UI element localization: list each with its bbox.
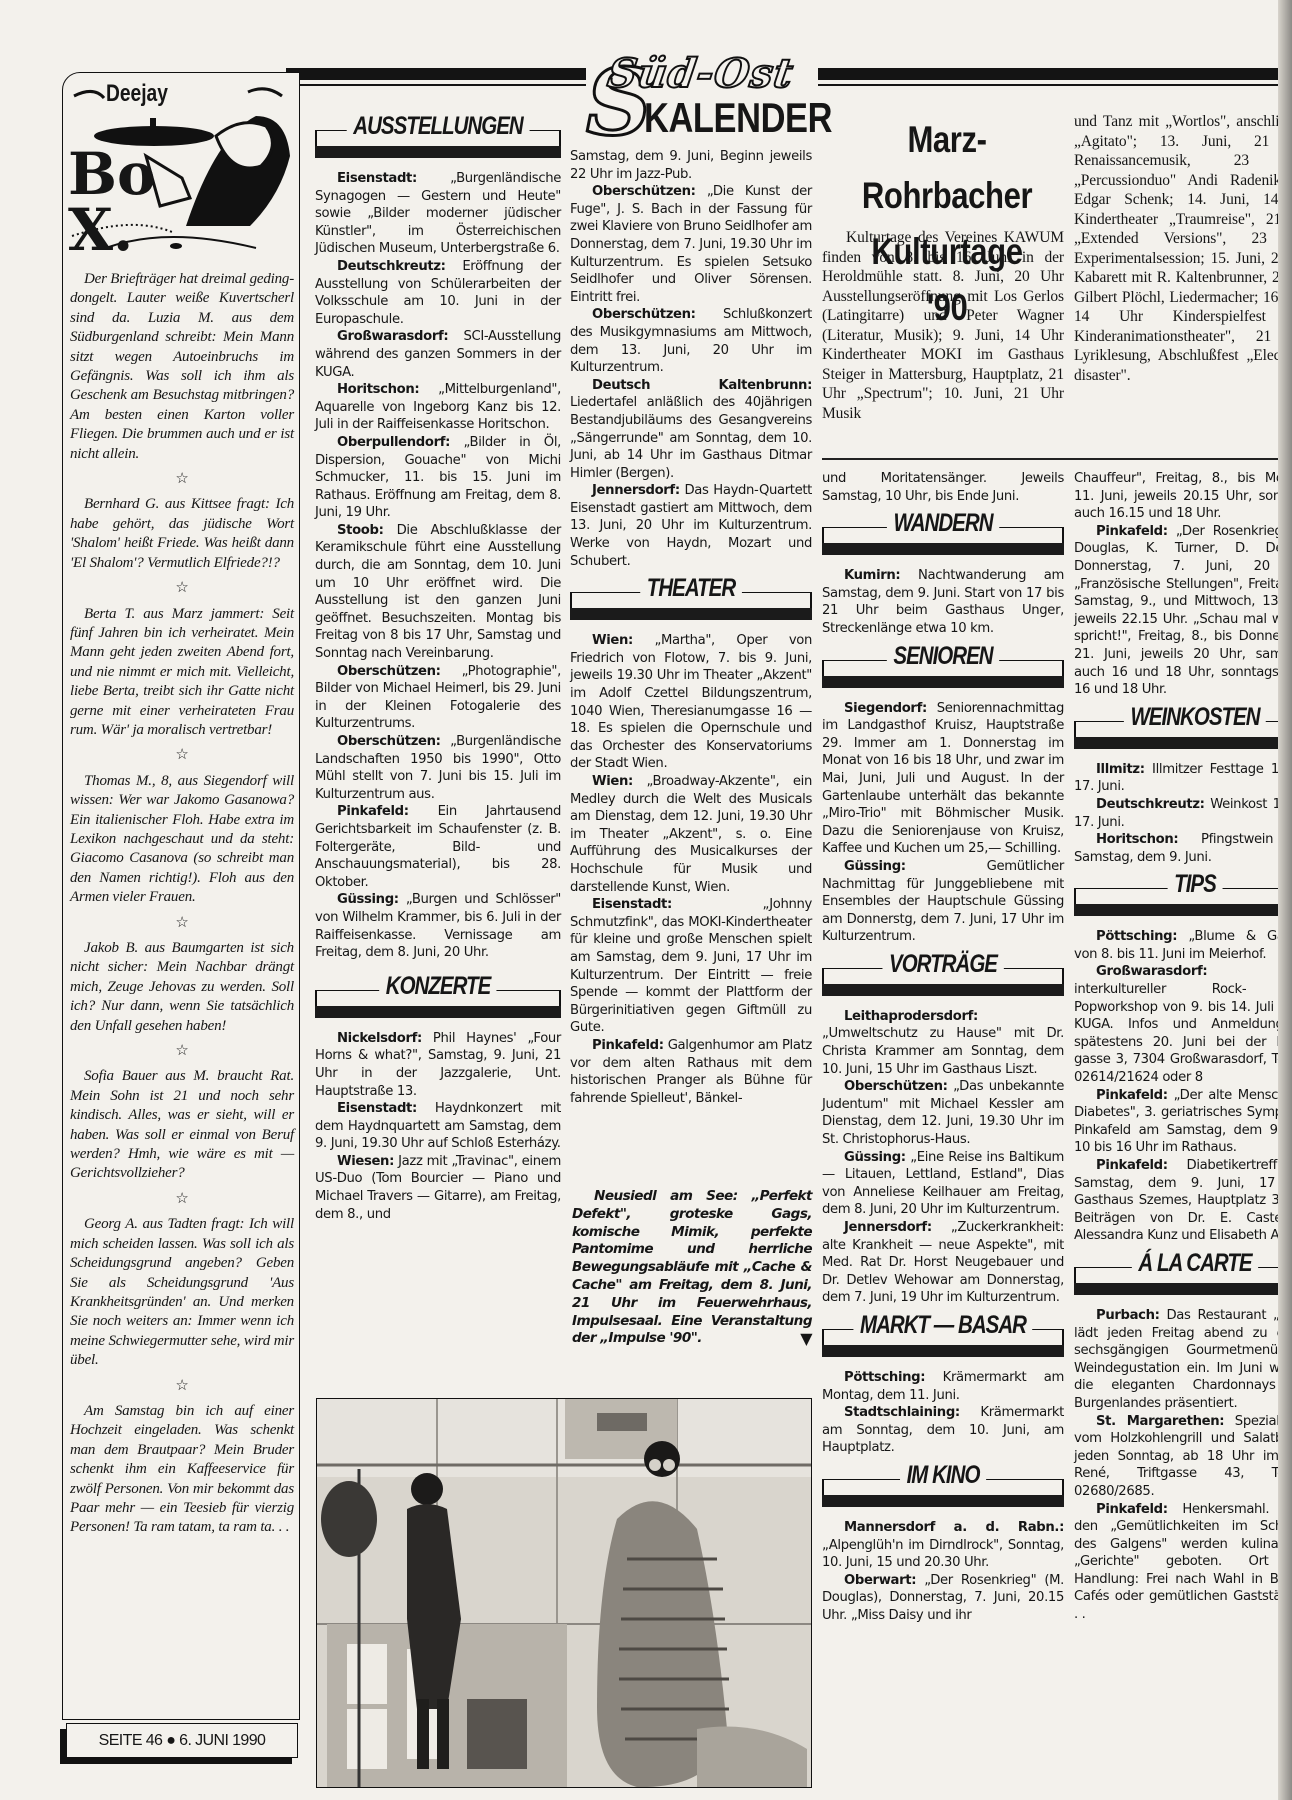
section-title: THEATER bbox=[640, 580, 742, 598]
star-icon: ☆ bbox=[70, 579, 294, 598]
listing: Großwarasdorf: Erster interkultureller R… bbox=[1074, 963, 1292, 1086]
section-header-wandern: WANDERN bbox=[822, 517, 1064, 555]
listing: Oberschützen: „Photographie", Bilder von… bbox=[315, 663, 561, 733]
feature-body-part2: und Tanz mit „Wortlos", anschließend „Ag… bbox=[1074, 112, 1292, 385]
listing-continuation: Chauffeur", Freitag, 8., bis Montag, 11.… bbox=[1074, 470, 1292, 523]
section-header-tips: TIPS bbox=[1074, 878, 1292, 916]
column-right-clipped: und Tanz mit „Wortlos", anschließend „Ag… bbox=[1072, 0, 1292, 1800]
listing: Oberschützen: Schlußkonzert des Musikgym… bbox=[570, 306, 812, 376]
section-title: IM KINO bbox=[900, 1467, 986, 1485]
box-label-x: X. bbox=[68, 200, 133, 260]
listing: Güssing: „Burgen und Schlösser" von Wilh… bbox=[315, 891, 561, 961]
star-icon: ☆ bbox=[70, 470, 294, 489]
column-ausstellungen-konzerte: AUSSTELLUNGEN Eisenstadt: „Burgenländisc… bbox=[315, 108, 561, 1223]
listing: Deutsch Kaltenbrunn: Liedertafel anläßli… bbox=[570, 377, 812, 483]
listing: Großwarasdorf: SCI-Ausstellung während d… bbox=[315, 328, 561, 381]
listing: Eisenstadt: „Johnny Schmutzfink", das MO… bbox=[570, 896, 812, 1037]
listing: Oberschützen: „Das unbekannte Judentum" … bbox=[822, 1078, 1064, 1148]
column-konzerte-theater: Samstag, dem 9. Juni, Beginn jeweils 22 … bbox=[570, 148, 812, 1107]
listing: Eisenstadt: „Burgenländische Synagogen —… bbox=[315, 170, 561, 258]
listing: Illmitz: Illmitzer Festtage 13. bis 17. … bbox=[1074, 761, 1292, 796]
listing: Wien: „Broadway-Akzente", ein Medley dur… bbox=[570, 773, 812, 896]
listing: Pinkafeld: „Der Rosenkrieg" (M. Douglas,… bbox=[1074, 523, 1292, 699]
listing: Deutschkreutz: Weinkost 13. bis 17. Juni… bbox=[1074, 796, 1292, 831]
column-wandern-kino: und Moritatensänger. Jeweils Samstag, 10… bbox=[822, 470, 1064, 1625]
listing: Güssing: Gemütlicher Nachmittag für Jung… bbox=[822, 858, 1064, 946]
masthead-rule bbox=[286, 68, 586, 80]
listing: Pinkafeld: Ein Jahrtausend Gerichtsbarke… bbox=[315, 803, 561, 891]
listing: Deutschkreutz: Eröffnung der Ausstellung… bbox=[315, 258, 561, 328]
listing: Güssing: „Eine Reise ins Baltikum — Lita… bbox=[822, 1149, 1064, 1219]
listing: Pöttsching: Krämermarkt am Montag, dem 1… bbox=[822, 1369, 1064, 1404]
section-header-a-la-carte: Á LA CARTE bbox=[1074, 1257, 1292, 1295]
logo-sued-ost: Süd-Ost bbox=[605, 50, 797, 97]
bullet-icon: ● bbox=[166, 1732, 175, 1749]
letter: Der Briefträger hat dreimal geding-donge… bbox=[70, 270, 294, 464]
column-kino-tips-carte: Chauffeur", Freitag, 8., bis Montag, 11.… bbox=[1074, 470, 1292, 1624]
star-icon: ☆ bbox=[70, 746, 294, 765]
listing: Oberschützen: „Burgenländische Landschaf… bbox=[315, 733, 561, 803]
star-icon: ☆ bbox=[70, 1377, 294, 1396]
section-title: AUSSTELLUNGEN bbox=[347, 118, 530, 136]
feature-body-part1: Kulturtage des Vereines KAWUM finden von… bbox=[822, 228, 1064, 423]
section-header-kino: IM KINO bbox=[822, 1469, 1064, 1507]
listing: Pinkafeld: Galgenhumor am Platz vor dem … bbox=[570, 1037, 812, 1107]
issue-date: 6. JUNI 1990 bbox=[179, 1732, 265, 1749]
listing: Oberwart: „Der Rosenkrieg" (M. Douglas),… bbox=[822, 1572, 1064, 1625]
listing: Oberpullendorf: „Bilder in Öl, Dispersio… bbox=[315, 434, 561, 522]
section-title: TIPS bbox=[1168, 876, 1223, 894]
section-title: SENIOREN bbox=[887, 648, 999, 666]
listing: Pinkafeld: Henkersmahl. Nach den „Gemütl… bbox=[1074, 1501, 1292, 1624]
page-footer: SEITE 46 ● 6. JUNI 1990 bbox=[66, 1723, 298, 1758]
box-label-bo: Bo bbox=[68, 144, 156, 204]
masthead-thin-rule bbox=[300, 84, 586, 86]
section-title: MARKT — BASAR bbox=[853, 1317, 1032, 1335]
logo-kalender: KALENDER bbox=[644, 94, 832, 142]
listing: Leithaprodersdorf: „Umweltschutz zu Haus… bbox=[822, 1008, 1064, 1078]
page-binding-shadow bbox=[1278, 0, 1292, 1800]
listing: Pinkafeld: Diabetikertreff am Samstag, d… bbox=[1074, 1157, 1292, 1245]
listing: Siegendorf: Seniorennachmittag im Landga… bbox=[822, 700, 1064, 858]
section-header-markt: MARKT — BASAR bbox=[822, 1319, 1064, 1357]
listing: Jennersdorf: Das Haydn-Quartett Eisensta… bbox=[570, 482, 812, 570]
listing: Horitschon: Pfingstwein am Samstag, dem … bbox=[1074, 831, 1292, 866]
listing: Jennersdorf: „Zuckerkrankheit: alte Kran… bbox=[822, 1219, 1064, 1307]
letter: Georg A. aus Tadten fragt: Ich will mich… bbox=[70, 1215, 294, 1370]
star-icon: ☆ bbox=[70, 1042, 294, 1061]
deejay-box-letters: Der Briefträger hat dreimal geding-donge… bbox=[70, 270, 294, 1538]
listing: Stoob: Die Abschlußklasse der Keramiksch… bbox=[315, 522, 561, 663]
deejay-box-illustration: Deejay Bo X. bbox=[66, 76, 296, 262]
star-icon: ☆ bbox=[70, 1190, 294, 1209]
listing-continuation: Samstag, dem 9. Juni, Beginn jeweils 22 … bbox=[570, 148, 812, 183]
section-title: WANDERN bbox=[887, 515, 999, 533]
letter: Jakob B. aus Baumgarten ist sich nicht s… bbox=[70, 939, 294, 1036]
letter: Berta T. aus Marz jammert: Seit fünf Jah… bbox=[70, 605, 294, 741]
listing: Pöttsching: „Blume & Garten" von 8. bis … bbox=[1074, 928, 1292, 963]
listing: Nickelsdorf: Phil Haynes' „Four Horns & … bbox=[315, 1030, 561, 1100]
listing: St. Margarethen: Spezialitäten vom Holzk… bbox=[1074, 1413, 1292, 1501]
section-title: KONZERTE bbox=[379, 978, 497, 996]
section-title: VORTRÄGE bbox=[882, 956, 1003, 974]
letter: Am Samstag bin ich auf einer Hochzeit ei… bbox=[70, 1402, 294, 1538]
listing: Kumirn: Nachtwanderung am Samstag, dem 9… bbox=[822, 567, 1064, 637]
section-header-vortraege: VORTRÄGE bbox=[822, 958, 1064, 996]
star-icon: ☆ bbox=[70, 914, 294, 933]
listing: Eisenstadt: Haydnkonzert mit dem Haydnqu… bbox=[315, 1100, 561, 1153]
section-header-weinkosten: WEINKOSTEN bbox=[1074, 711, 1292, 749]
listing: Wiesen: Jazz mit „Travinac", einem US-Du… bbox=[315, 1153, 561, 1223]
listing: Mannersdorf a. d. Rabn.: „Alpenglüh'n im… bbox=[822, 1519, 1064, 1572]
listing: Oberschützen: „Die Kunst der Fuge", J. S… bbox=[570, 183, 812, 306]
listing: Horitschon: „Mittelburgenland", Aquarell… bbox=[315, 381, 561, 434]
listing-continuation: und Moritatensänger. Jeweils Samstag, 10… bbox=[822, 470, 1064, 505]
kalender-logo: S Süd-Ost KALENDER bbox=[586, 50, 818, 146]
section-header-theater: THEATER bbox=[570, 582, 812, 620]
photo-image bbox=[317, 1399, 811, 1787]
letter: Bernhard G. aus Kittsee fragt: Ich habe … bbox=[70, 495, 294, 573]
section-header-senioren: SENIOREN bbox=[822, 650, 1064, 688]
listing: Purbach: Das Restaurant „Spitz" lädt jed… bbox=[1074, 1307, 1292, 1413]
section-header-konzerte: KONZERTE bbox=[315, 980, 561, 1018]
section-title: Á LA CARTE bbox=[1132, 1255, 1258, 1273]
letter: Sofia Bauer aus M. braucht Rat. Mein Soh… bbox=[70, 1067, 294, 1183]
letter: Thomas M., 8, aus Siegendorf will wissen… bbox=[70, 772, 294, 908]
listing: Stadtschlaining: Krämermarkt am Sonntag,… bbox=[822, 1404, 1064, 1457]
deejay-label: Deejay bbox=[106, 80, 168, 108]
section-header-ausstellungen: AUSSTELLUNGEN bbox=[315, 120, 561, 158]
teaser-perfekt-defekt: Neusiedl am See: „Perfekt Defekt", grote… bbox=[572, 1188, 812, 1348]
listing: Wien: „Martha", Oper von Friedrich von F… bbox=[570, 632, 812, 773]
section-title: WEINKOSTEN bbox=[1124, 709, 1266, 727]
performers-photo bbox=[316, 1398, 812, 1788]
listing: Pinkafeld: „Der alte Mensch und Diabetes… bbox=[1074, 1087, 1292, 1157]
page-number: SEITE 46 bbox=[99, 1732, 163, 1749]
